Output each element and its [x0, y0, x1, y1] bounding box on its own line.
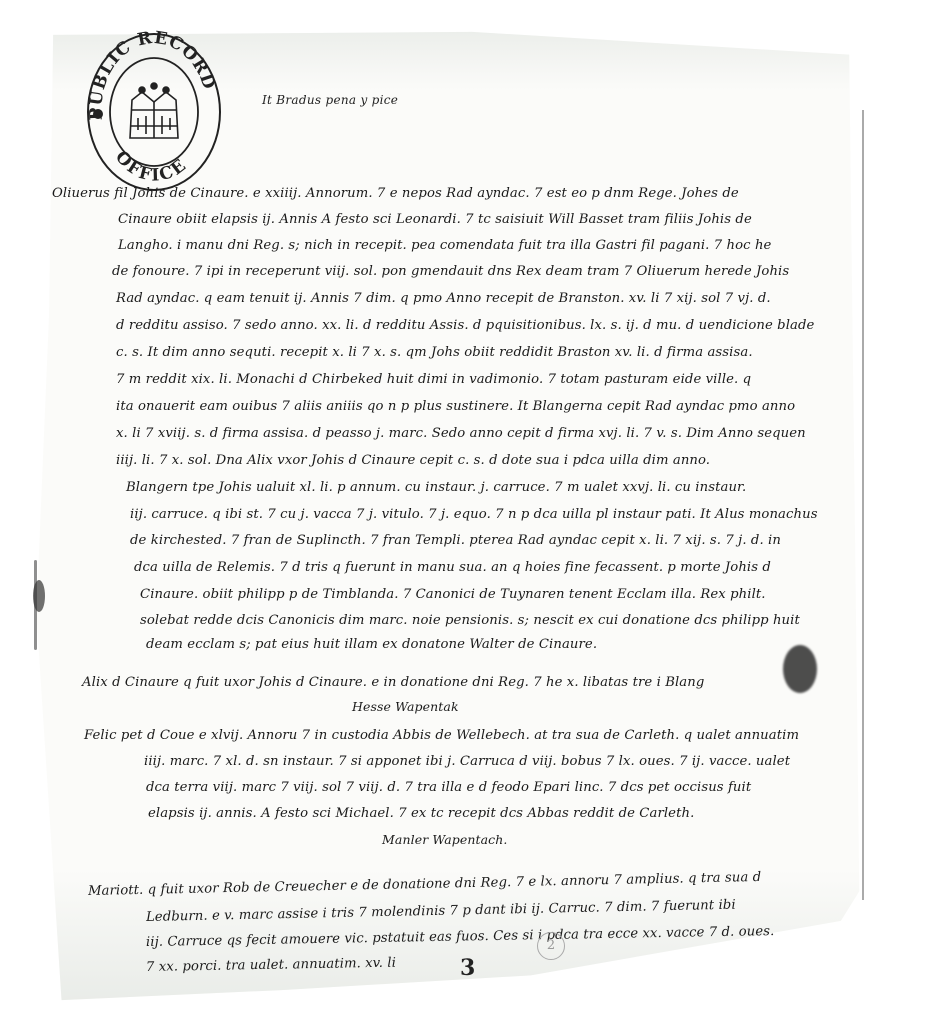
svg-text:PUBLIC RECORD: PUBLIC RECORD: [86, 30, 219, 121]
text-line: dca uilla de Relemis. 7 d tris q fuerunt…: [134, 560, 771, 575]
crown-icon: [130, 83, 178, 138]
text-line: Langho. i manu dni Reg. s; nich in recep…: [118, 238, 771, 253]
text-line: Oliuerus fil Johis de Cinaure. e xxiiij.…: [52, 186, 739, 201]
public-record-office-stamp: PUBLIC RECORD OFFICE: [82, 30, 222, 192]
text-line: de fonoure. 7 ipi in receperunt viij. so…: [112, 264, 789, 279]
text-line: dca terra viij. marc 7 viij. sol 7 viij.…: [146, 780, 751, 795]
page-number: 3: [460, 955, 475, 981]
heading-note: It Bradus pena y pice: [262, 93, 398, 107]
text-line: iiij. li. 7 x. sol. Dna Alix vxor Johis …: [116, 453, 710, 468]
text-line: 7 m reddit xix. li. Monachi d Chirbeked …: [116, 372, 751, 387]
text-line: de kirchested. 7 fran de Suplincth. 7 fr…: [130, 533, 781, 548]
text-line: x. li 7 xviij. s. d firma assisa. d peas…: [116, 426, 806, 441]
text-line: Felic pet d Coue e xlvij. Annoru 7 in cu…: [84, 728, 799, 743]
text-line: iij. carruce. q ibi st. 7 cu j. vacca 7 …: [130, 507, 818, 522]
text-line: Rad ayndac. q eam tenuit ij. Annis 7 dim…: [116, 291, 771, 306]
text-line: Blangern tpe Johis ualuit xl. li. p annu…: [126, 480, 746, 495]
stamp-top-text: PUBLIC RECORD: [86, 30, 219, 121]
ink-blot-right: [783, 645, 817, 693]
text-line: solebat redde dcis Canonicis dim marc. n…: [140, 613, 800, 628]
star-ornament-icon: [93, 109, 103, 119]
section-heading: Hesse Wapentak: [352, 699, 459, 714]
text-line: ita onauerit eam ouibus 7 aliis aniiis q…: [116, 399, 795, 414]
text-line: c. s. It dim anno sequti. recepit x. li …: [116, 345, 753, 360]
text-line: elapsis ij. annis. A festo sci Michael. …: [148, 806, 694, 821]
text-line: Cinaure obiit elapsis ij. Annis A festo …: [118, 212, 752, 227]
ink-blot-left: [33, 580, 45, 612]
text-line: Cinaure. obiit philipp p de Timblanda. 7…: [140, 587, 766, 602]
text-line: Alix d Cinaure q fuit uxor Johis d Cinau…: [82, 675, 704, 690]
circled-folio-number: 2: [537, 932, 565, 960]
section-heading: Manler Wapentach.: [382, 832, 508, 847]
text-line: iiij. marc. 7 xl. d. sn instaur. 7 si ap…: [144, 754, 790, 769]
sheet-right-edge: [862, 110, 864, 900]
text-line: deam ecclam s; pat eius huit illam ex do…: [146, 637, 597, 652]
text-line: d redditu assiso. 7 sedo anno. xx. li. d…: [116, 318, 814, 333]
